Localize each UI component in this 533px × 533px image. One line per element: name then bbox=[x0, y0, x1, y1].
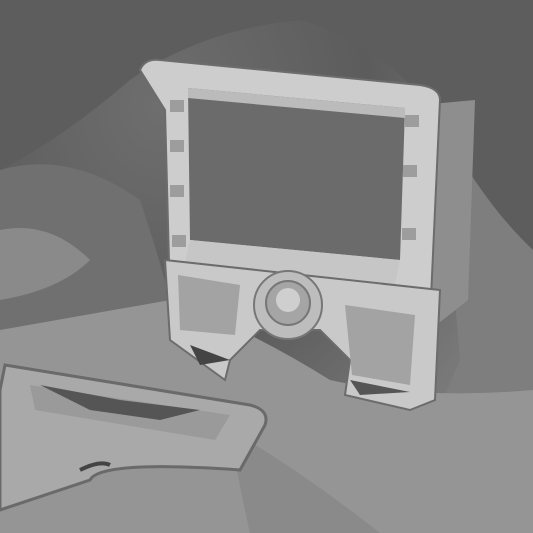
photo bbox=[0, 0, 533, 533]
photo-drawing bbox=[0, 0, 533, 533]
